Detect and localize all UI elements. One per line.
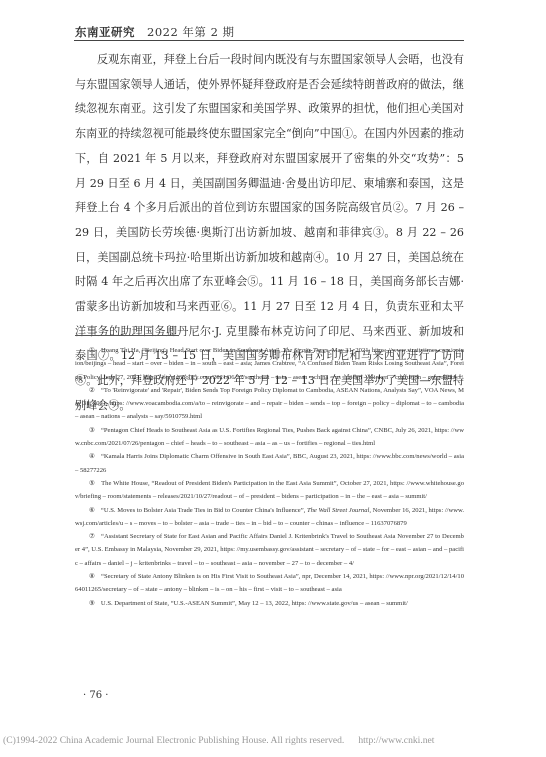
footnote-divider <box>75 335 179 336</box>
footnote-text: “Assistant Secretary of State for East A… <box>75 533 464 567</box>
footnote-6: ⑥“U.S. Moves to Bolster Asia Trade Ties … <box>75 504 464 531</box>
footnote-8: ⑧“Secretary of State Antony Blinken is o… <box>75 570 464 597</box>
footnote-text: “U.S. Moves to Bolster Asia Trade Ties i… <box>101 507 307 514</box>
footnote-text: The White House, “Readout of President B… <box>75 480 464 500</box>
footnote-text: Hoang Thi Ha, “Beijing's Head Start over… <box>101 347 282 354</box>
footnote-marker: ⑧ <box>89 573 95 580</box>
footnote-7: ⑦“Assistant Secretary of State for East … <box>75 530 464 570</box>
footnote-text: “Kamala Harris Joins Diplomatic Charm Of… <box>75 453 464 473</box>
footnote-marker: ⑦ <box>89 533 95 540</box>
copyright-text: (C)1994-2022 China Academic Journal Elec… <box>3 735 344 746</box>
footnote-text: “To 'Reinvigorate' and 'Repair', Biden S… <box>75 387 464 421</box>
header-divider <box>74 40 464 41</box>
footnote-2: ②“To 'Reinvigorate' and 'Repair', Biden … <box>75 384 464 424</box>
footnote-marker: ④ <box>89 453 95 460</box>
footnote-marker: ① <box>89 347 95 354</box>
journal-title: 东南亚研究 <box>75 25 135 39</box>
footnote-publication: The Straits Times <box>282 347 328 354</box>
footnote-publication: The Wall Street Journal <box>307 507 369 514</box>
cnki-link[interactable]: http://www.cnki.net <box>358 735 434 746</box>
footnote-4: ④“Kamala Harris Joins Diplomatic Charm O… <box>75 450 464 477</box>
footnote-text: “Pentagon Chief Heads to Southeast Asia … <box>75 427 464 447</box>
footnote-5: ⑤The White House, “Readout of President … <box>75 477 464 504</box>
footnote-marker: ⑨ <box>89 600 95 607</box>
issue-label: 2022 年第 2 期 <box>147 25 235 39</box>
footnote-text: “Secretary of State Antony Blinken is on… <box>75 573 464 593</box>
running-header: 东南亚研究2022 年第 2 期 <box>75 24 463 40</box>
footnote-marker: ③ <box>89 427 95 434</box>
footnote-marker: ② <box>89 387 95 394</box>
footnotes: ①Hoang Thi Ha, “Beijing's Head Start ove… <box>75 344 464 610</box>
footnote-9: ⑨U.S. Department of State, “U.S.-ASEAN S… <box>75 597 464 610</box>
footnote-marker: ⑤ <box>89 480 95 487</box>
copyright-footer: (C)1994-2022 China Academic Journal Elec… <box>3 735 543 746</box>
footnote-3: ③“Pentagon Chief Heads to Southeast Asia… <box>75 424 464 451</box>
footnote-marker: ⑥ <box>89 507 95 514</box>
footnote-text: U.S. Department of State, “U.S.-ASEAN Su… <box>101 600 408 607</box>
page-number: · 76 · <box>83 690 108 701</box>
footnote-1: ①Hoang Thi Ha, “Beijing's Head Start ove… <box>75 344 464 384</box>
